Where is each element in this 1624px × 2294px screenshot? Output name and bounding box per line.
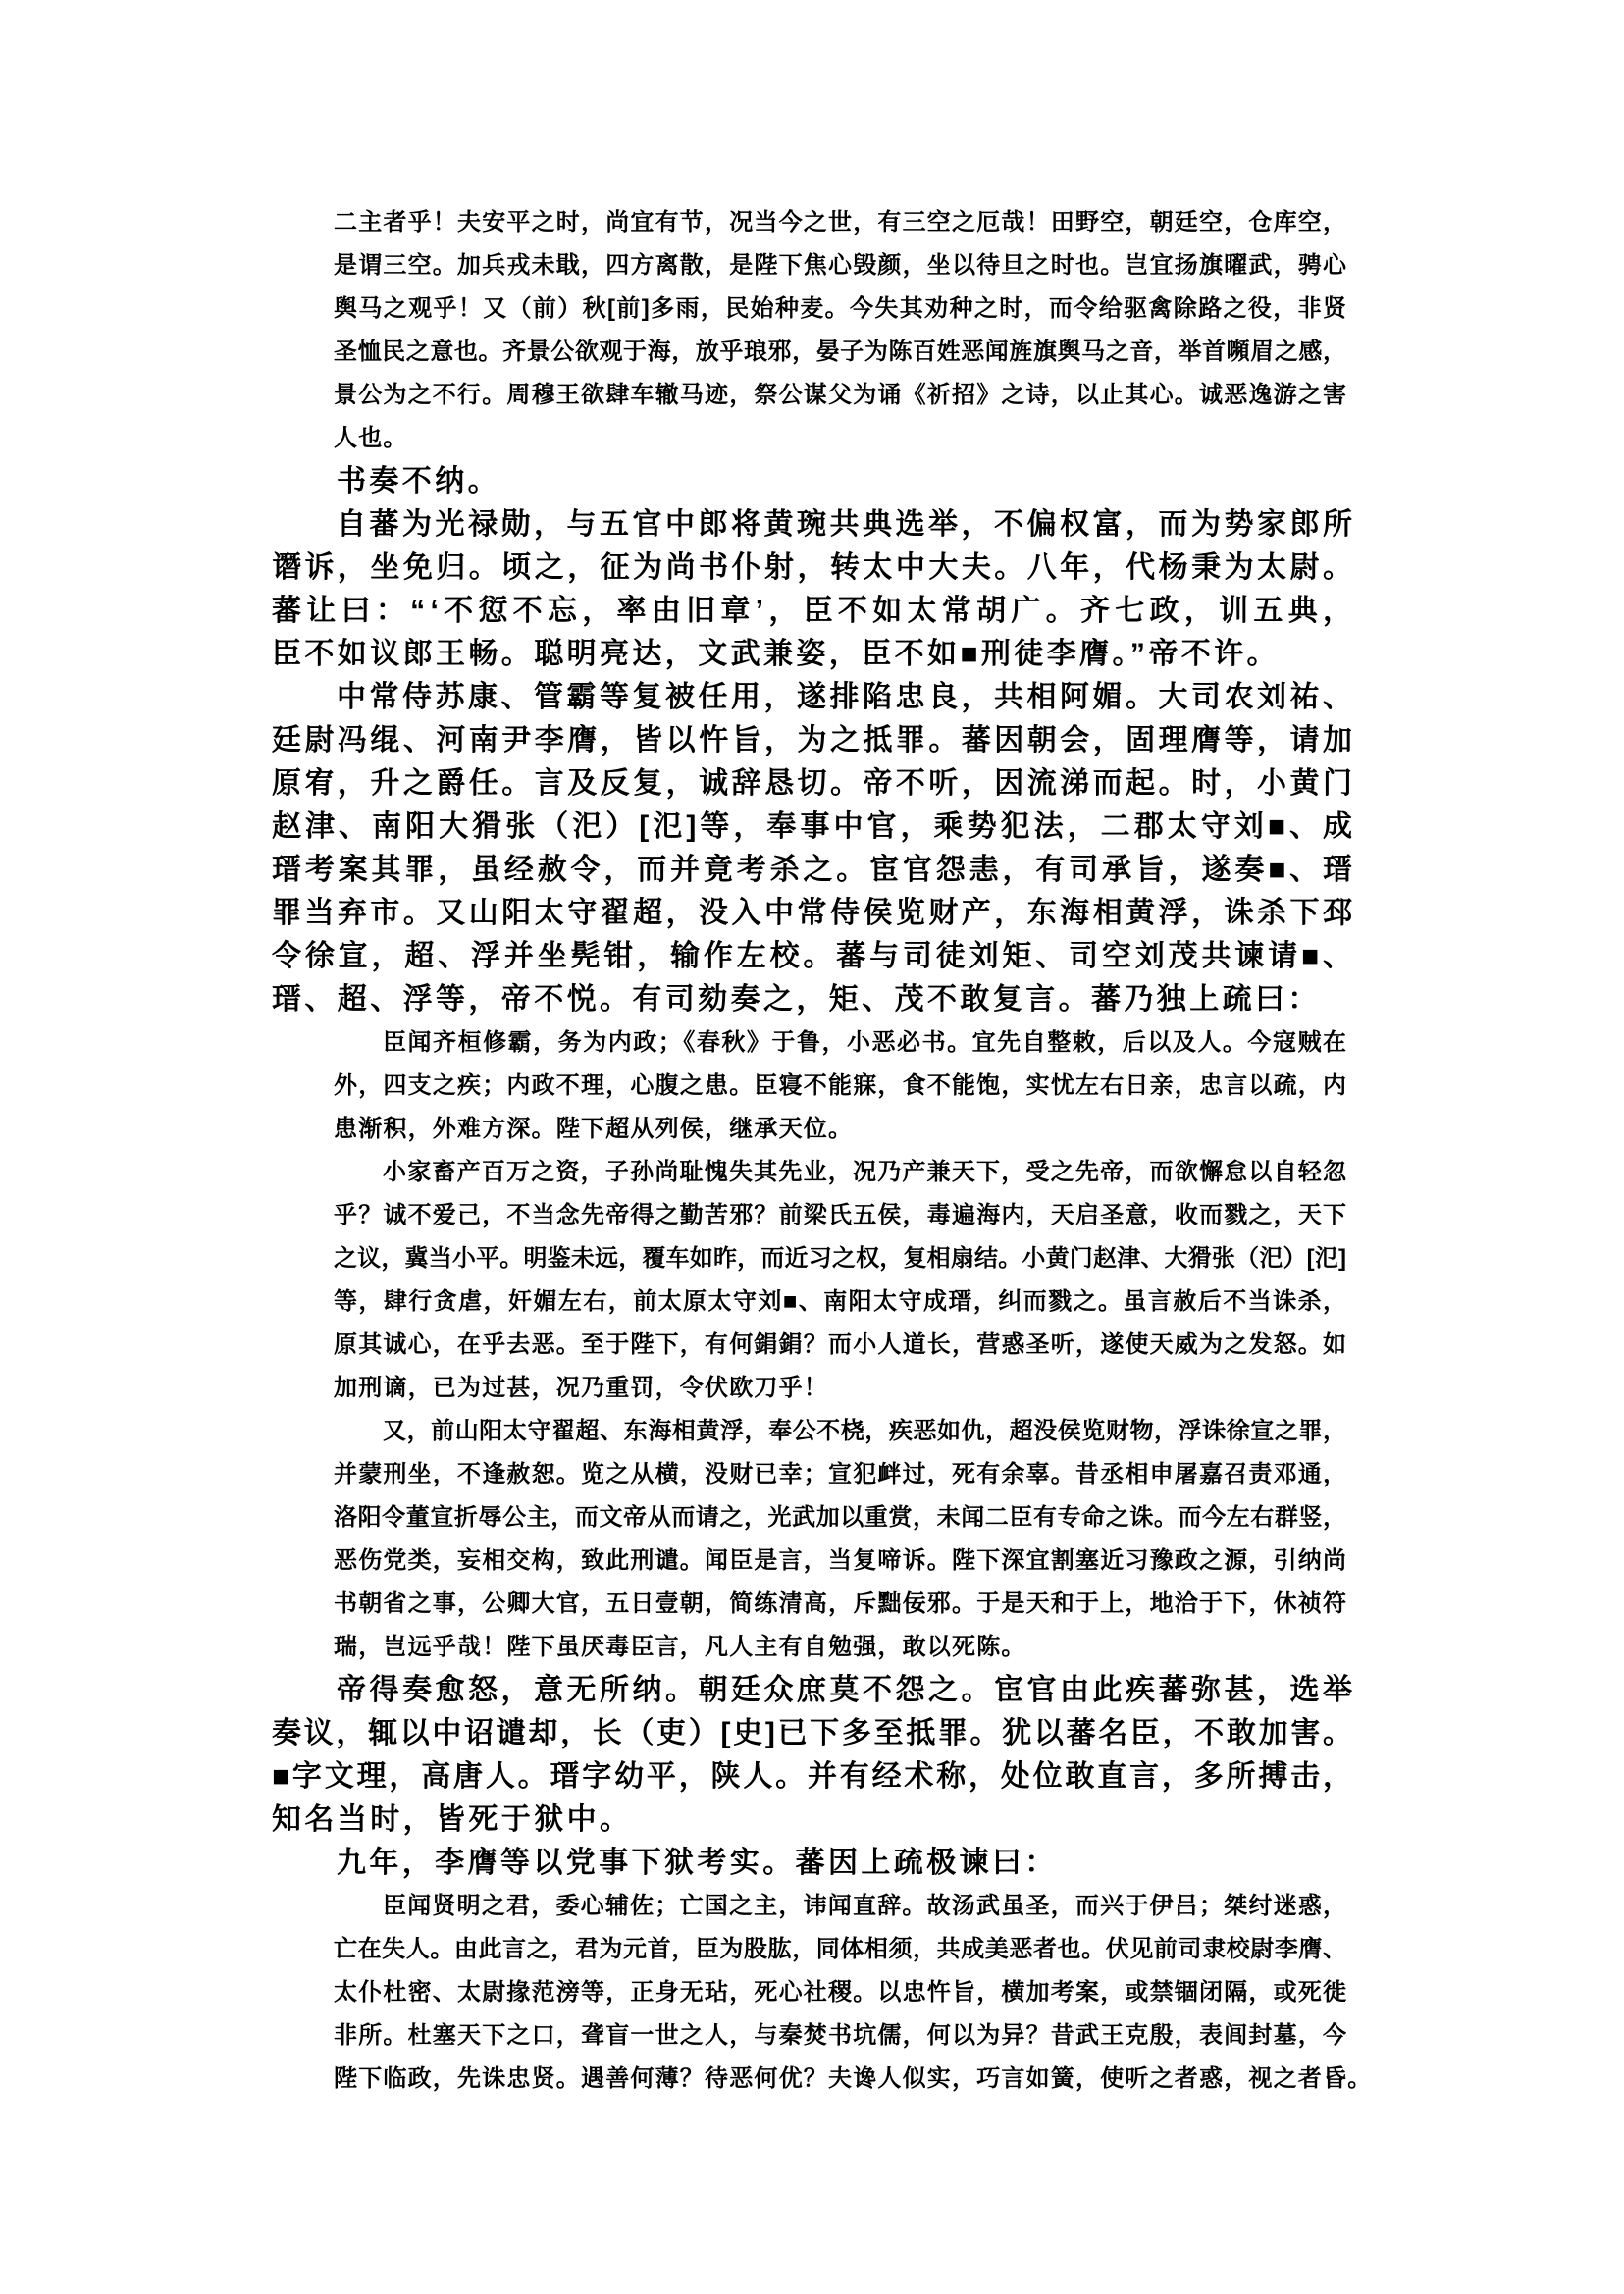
paragraph-2: 书奏不纳。 — [272, 460, 1352, 503]
line-text: 二主者乎！夫安平之时，尚宜有节，况当今之世，有三空之厄哉！田野空，朝廷空，仓库空… — [334, 209, 1347, 235]
text-line: 非所。杜塞天下之口，聋盲一世之人，与秦焚书坑儒，何以为异？昔武王克殷，表闾封墓，… — [334, 2014, 1346, 2058]
line-text: 廷尉冯绲、河南尹李膺，皆以忤旨，为之抵罪。蕃因朝会，固理膺等，请加 — [272, 724, 1355, 756]
text-line: 罪当弃市。又山阳太守翟超，没入中常侍侯览财产，东海相黄浮，诛杀下邳 — [272, 892, 1352, 935]
text-line: 洛阳令董宣折辱公主，而文帝从而请之，光武加以重赏，未闻二臣有专命之诛。而今左右群… — [334, 1496, 1346, 1539]
paragraph-1: 二主者乎！夫安平之时，尚宜有节，况当今之世，有三空之厄哉！田野空，朝廷空，仓库空… — [334, 201, 1346, 460]
line-text: 中常侍苏康、管霸等复被任用，遂排陷忠良，共相阿媚。大司农刘祐、 — [337, 681, 1356, 713]
document-page: 二主者乎！夫安平之时，尚宜有节，况当今之世，有三空之厄哉！田野空，朝廷空，仓库空… — [0, 0, 1624, 2294]
text-line: 帝得奏愈怒，意无所纳。朝廷众庶莫不怨之。宦官由此疾蕃弥甚，选举 — [272, 1669, 1352, 1712]
text-line: 瑞，岂远乎哉！陛下虽厌毒臣言，凡人主有自勉强，敢以死陈。 — [334, 1626, 1346, 1669]
line-text: 九年，李膺等以党事下狱考实。蕃因上疏极谏曰： — [337, 1847, 1058, 1879]
line-text: 罪当弃市。又山阳太守翟超，没入中常侍侯览财产，东海相黄浮，诛杀下邳 — [272, 897, 1355, 929]
line-text: 人也。 — [334, 425, 408, 451]
text-line: 谮诉，坐免归。顷之，征为尚书仆射，转太中大夫。八年，代杨秉为太尉。 — [272, 547, 1352, 590]
text-line: 之议，冀当小平。明鉴未远，覆车如昨，而近习之权，复相扇结。小黄门赵津、大猾张（汜… — [334, 1237, 1346, 1280]
text-line: 景公为之不行。周穆王欲肆车辙马迹，祭公谋父为诵《祈招》之诗，以止其心。诚恶逸游之… — [334, 374, 1346, 417]
line-text: 洛阳令董宣折辱公主，而文帝从而请之，光武加以重赏，未闻二臣有专命之诛。而今左右群… — [334, 1504, 1347, 1531]
text-line: 奏议，辄以中诏谴却，长（吏）[史]已下多至抵罪。犹以蕃名臣，不敢加害。 — [272, 1712, 1352, 1755]
line-text: 令徐宣，超、浮并坐髡钳，输作左校。蕃与司徒刘矩、司空刘茂共谏请■、 — [272, 940, 1356, 972]
text-line: 瑨考案其罪，虽经赦令，而并竟考杀之。宦官怨恚，有司承旨，遂奏■、瑨 — [272, 849, 1352, 892]
line-text: 景公为之不行。周穆王欲肆车辙马迹，祭公谋父为诵《祈招》之诗，以止其心。诚恶逸游之… — [334, 382, 1347, 408]
text-line: 圣恤民之意也。齐景公欲观于海，放乎琅邪，晏子为陈百姓恶闻旌旗舆马之音，举首嚬眉之… — [334, 331, 1346, 374]
text-line: 外，四支之疾；内政不理，心腹之患。臣寝不能寐，食不能饱，实忧左右日亲，忠言以疏，… — [334, 1065, 1346, 1108]
paragraph-7: 又，前山阳太守翟超、东海相黄浮，奉公不桡，疾恶如仇，超没侯览财物，浮诛徐宣之罪，… — [334, 1410, 1346, 1669]
paragraph-4: 中常侍苏康、管霸等复被任用，遂排陷忠良，共相阿媚。大司农刘祐、廷尉冯绲、河南尹李… — [272, 676, 1352, 1021]
text-line: 二主者乎！夫安平之时，尚宜有节，况当今之世，有三空之厄哉！田野空，朝廷空，仓库空… — [334, 201, 1346, 244]
text-line: 臣闻齐桓修霸，务为内政；《春秋》于鲁，小恶必书。宜先自整敕，后以及人。今寇贼在 — [334, 1021, 1346, 1065]
line-text: 小家畜产百万之资，子孙尚耻愧失其先业，况乃产兼天下，受之先帝，而欲懈怠以自轻忽 — [383, 1159, 1347, 1185]
line-text: 谮诉，坐免归。顷之，征为尚书仆射，转太中大夫。八年，代杨秉为太尉。 — [272, 551, 1355, 584]
text-line: 九年，李膺等以党事下狱考实。蕃因上疏极谏曰： — [272, 1842, 1352, 1885]
text-line: 蕃让曰：“‘不愆不忘，率由旧章’，臣不如太常胡广。齐七政，训五典， — [272, 590, 1352, 633]
text-line: 舆马之观乎！又（前）秋[前]多雨，民始种麦。今失其劝种之时，而令给驱禽除路之役，… — [334, 287, 1346, 331]
text-line: 乎？诚不爱己，不当念先帝得之勤苦邪？前梁氏五侯，毒遍海内，天启圣意，收而戮之，天… — [334, 1194, 1346, 1237]
line-text: 外，四支之疾；内政不理，心腹之患。臣寝不能寐，食不能饱，实忧左右日亲，忠言以疏，… — [334, 1072, 1347, 1099]
line-text: 亡在失人。由此言之，君为元首，臣为股肱，同体相须，共成美恶者也。伏见前司隶校尉李… — [334, 1936, 1347, 1962]
text-line: 患渐积，外难方深。陛下超从列侯，继承天位。 — [334, 1108, 1346, 1151]
line-text: 等，肆行贪虐，奸媚左右，前太原太守刘■、南阳太守成瑨，纠而戮之。虽言赦后不当诛杀… — [334, 1288, 1347, 1315]
paragraph-6: 小家畜产百万之资，子孙尚耻愧失其先业，况乃产兼天下，受之先帝，而欲懈怠以自轻忽乎… — [334, 1151, 1346, 1410]
line-text: 患渐积，外难方深。陛下超从列侯，继承天位。 — [334, 1116, 853, 1142]
text-line: 臣不如议郎王畅。聪明亮达，文武兼姿，臣不如■刑徒李膺。”帝不许。 — [272, 633, 1352, 676]
text-line: 知名当时，皆死于狱中。 — [272, 1799, 1352, 1842]
line-text: 瑨、超、浮等，帝不悦。有司劾奏之，矩、茂不敢复言。蕃乃独上疏曰： — [272, 983, 1321, 1016]
text-line: 廷尉冯绲、河南尹李膺，皆以忤旨，为之抵罪。蕃因朝会，固理膺等，请加 — [272, 719, 1352, 762]
text-line: 并蒙刑坐，不逢赦恕。览之从横，没财已幸；宣犯衅过，死有余辜。昔丞相申屠嘉召责邓通… — [334, 1453, 1346, 1496]
line-text: ■字文理，高唐人。瑨字幼平，陕人。并有经术称，处位敢直言，多所搏击， — [272, 1760, 1355, 1793]
line-text: 书朝省之事，公卿大官，五日壹朝，简练清高，斥黜佞邪。于是天和于上，地洽于下，休祯… — [334, 1590, 1347, 1617]
line-text: 陛下临政，先诛忠贤。遇善何薄？待恶何优？夫谗人似实，巧言如簧，使听之者惑，视之者… — [334, 2065, 1372, 2092]
text-line: 小家畜产百万之资，子孙尚耻愧失其先业，况乃产兼天下，受之先帝，而欲懈怠以自轻忽 — [334, 1151, 1346, 1194]
line-text: 瑨考案其罪，虽经赦令，而并竟考杀之。宦官怨恚，有司承旨，遂奏■、瑨 — [272, 854, 1356, 886]
line-text: 乎？诚不爱己，不当念先帝得之勤苦邪？前梁氏五侯，毒遍海内，天启圣意，收而戮之，天… — [334, 1202, 1347, 1228]
text-flow: 二主者乎！夫安平之时，尚宜有节，况当今之世，有三空之厄哉！田野空，朝廷空，仓库空… — [272, 201, 1352, 2101]
line-text: 帝得奏愈怒，意无所纳。朝廷众庶莫不怨之。宦官由此疾蕃弥甚，选举 — [337, 1674, 1356, 1706]
text-line: 瑨、超、浮等，帝不悦。有司劾奏之，矩、茂不敢复言。蕃乃独上疏曰： — [272, 978, 1352, 1021]
text-line: 亡在失人。由此言之，君为元首，臣为股肱，同体相须，共成美恶者也。伏见前司隶校尉李… — [334, 1928, 1346, 1971]
line-text: 臣不如议郎王畅。聪明亮达，文武兼姿，臣不如■刑徒李膺。”帝不许。 — [272, 638, 1280, 670]
line-text: 恶伤党类，妄相交构，致此刑谴。闻臣是言，当复啼诉。陛下深宜割塞近习豫政之源，引纳… — [334, 1547, 1347, 1574]
text-line: 书奏不纳。 — [272, 460, 1352, 503]
text-line: 恶伤党类，妄相交构，致此刑谴。闻臣是言，当复啼诉。陛下深宜割塞近习豫政之源，引纳… — [334, 1539, 1346, 1583]
text-line: 等，肆行贪虐，奸媚左右，前太原太守刘■、南阳太守成瑨，纠而戮之。虽言赦后不当诛杀… — [334, 1280, 1346, 1324]
paragraph-8: 帝得奏愈怒，意无所纳。朝廷众庶莫不怨之。宦官由此疾蕃弥甚，选举奏议，辄以中诏谴却… — [272, 1669, 1352, 1842]
text-line: 原宥，升之爵任。言及反复，诚辞恳切。帝不听，因流涕而起。时，小黄门 — [272, 762, 1352, 806]
line-text: 是谓三空。加兵戎未戢，四方离散，是陛下焦心毁颜，坐以待旦之时也。岂宜扬旗曜武，骋… — [334, 252, 1347, 279]
line-text: 臣闻贤明之君，委心辅佐；亡国之主，讳闻直辞。故汤武虽圣，而兴于伊吕；桀纣迷惑， — [383, 1893, 1347, 1919]
line-text: 奏议，辄以中诏谴却，长（吏）[史]已下多至抵罪。犹以蕃名臣，不敢加害。 — [272, 1717, 1355, 1749]
text-line: 人也。 — [334, 417, 1346, 460]
line-text: 舆马之观乎！又（前）秋[前]多雨，民始种麦。今失其劝种之时，而令给驱禽除路之役，… — [334, 295, 1347, 322]
line-text: 瑞，岂远乎哉！陛下虽厌毒臣言，凡人主有自勉强，敢以死陈。 — [334, 1634, 1026, 1660]
line-text: 又，前山阳太守翟超、东海相黄浮，奉公不桡，疾恶如仇，超没侯览财物，浮诛徐宣之罪， — [383, 1418, 1347, 1444]
line-text: 原其诚心，在乎去恶。至于陛下，有何鋗鋗？而小人道长，营惑圣听，遂使天威为之发怒。… — [334, 1331, 1347, 1358]
paragraph-10: 臣闻贤明之君，委心辅佐；亡国之主，讳闻直辞。故汤武虽圣，而兴于伊吕；桀纣迷惑，亡… — [334, 1885, 1346, 2101]
line-text: 加刑谪，已为过甚，况乃重罚，令伏欧刀乎！ — [334, 1375, 828, 1401]
line-text: 非所。杜塞天下之口，聋盲一世之人，与秦焚书坑儒，何以为异？昔武王克殷，表闾封墓，… — [334, 2022, 1347, 2049]
line-text: 圣恤民之意也。齐景公欲观于海，放乎琅邪，晏子为陈百姓恶闻旌旗舆马之音，举首嚬眉之… — [334, 339, 1347, 365]
text-line: 陛下临政，先诛忠贤。遇善何薄？待恶何优？夫谗人似实，巧言如簧，使听之者惑，视之者… — [334, 2058, 1346, 2101]
paragraph-5: 臣闻齐桓修霸，务为内政；《春秋》于鲁，小恶必书。宜先自整敕，后以及人。今寇贼在外… — [334, 1021, 1346, 1151]
text-line: 原其诚心，在乎去恶。至于陛下，有何鋗鋗？而小人道长，营惑圣听，遂使天威为之发怒。… — [334, 1324, 1346, 1367]
text-line: 赵津、南阳大猾张（汜）[氾]等，奉事中官，乘势犯法，二郡太守刘■、成 — [272, 806, 1352, 849]
line-text: 并蒙刑坐，不逢赦恕。览之从横，没财已幸；宣犯衅过，死有余辜。昔丞相申屠嘉召责邓通… — [334, 1461, 1347, 1487]
paragraph-9: 九年，李膺等以党事下狱考实。蕃因上疏极谏曰： — [272, 1842, 1352, 1885]
text-line: 又，前山阳太守翟超、东海相黄浮，奉公不桡，疾恶如仇，超没侯览财物，浮诛徐宣之罪， — [334, 1410, 1346, 1453]
line-text: 知名当时，皆死于狱中。 — [272, 1803, 632, 1836]
line-text: 蕃让曰：“‘不愆不忘，率由旧章’，臣不如太常胡广。齐七政，训五典， — [272, 595, 1357, 627]
text-line: 加刑谪，已为过甚，况乃重罚，令伏欧刀乎！ — [334, 1367, 1346, 1410]
text-line: 中常侍苏康、管霸等复被任用，遂排陷忠良，共相阿媚。大司农刘祐、 — [272, 676, 1352, 719]
text-line: 是谓三空。加兵戎未戢，四方离散，是陛下焦心毁颜，坐以待旦之时也。岂宜扬旗曜武，骋… — [334, 244, 1346, 287]
line-text: 太仆杜密、太尉掾范滂等，正身无玷，死心社稷。以忠忤旨，横加考案，或禁锢闭隔，或死… — [334, 1979, 1347, 2006]
line-text: 书奏不纳。 — [337, 465, 500, 497]
text-line: ■字文理，高唐人。瑨字幼平，陕人。并有经术称，处位敢直言，多所搏击， — [272, 1755, 1352, 1799]
line-text: 自蕃为光禄勋，与五官中郎将黄琬共典选举，不偏权富，而为势家郎所 — [337, 508, 1356, 541]
line-text: 臣闻齐桓修霸，务为内政；《春秋》于鲁，小恶必书。宜先自整敕，后以及人。今寇贼在 — [383, 1029, 1348, 1056]
paragraph-3: 自蕃为光禄勋，与五官中郎将黄琬共典选举，不偏权富，而为势家郎所谮诉，坐免归。顷之… — [272, 503, 1352, 676]
text-line: 自蕃为光禄勋，与五官中郎将黄琬共典选举，不偏权富，而为势家郎所 — [272, 503, 1352, 547]
line-text: 之议，冀当小平。明鉴未远，覆车如昨，而近习之权，复相扇结。小黄门赵津、大猾张（汜… — [334, 1245, 1346, 1272]
line-text: 赵津、南阳大猾张（汜）[氾]等，奉事中官，乘势犯法，二郡太守刘■、成 — [272, 810, 1356, 843]
text-line: 书朝省之事，公卿大官，五日壹朝，简练清高，斥黜佞邪。于是天和于上，地洽于下，休祯… — [334, 1583, 1346, 1626]
text-line: 令徐宣，超、浮并坐髡钳，输作左校。蕃与司徒刘矩、司空刘茂共谏请■、 — [272, 935, 1352, 978]
text-line: 太仆杜密、太尉掾范滂等，正身无玷，死心社稷。以忠忤旨，横加考案，或禁锢闭隔，或死… — [334, 1971, 1346, 2014]
text-line: 臣闻贤明之君，委心辅佐；亡国之主，讳闻直辞。故汤武虽圣，而兴于伊吕；桀纣迷惑， — [334, 1885, 1346, 1928]
line-text: 原宥，升之爵任。言及反复，诚辞恳切。帝不听，因流涕而起。时，小黄门 — [272, 767, 1355, 800]
